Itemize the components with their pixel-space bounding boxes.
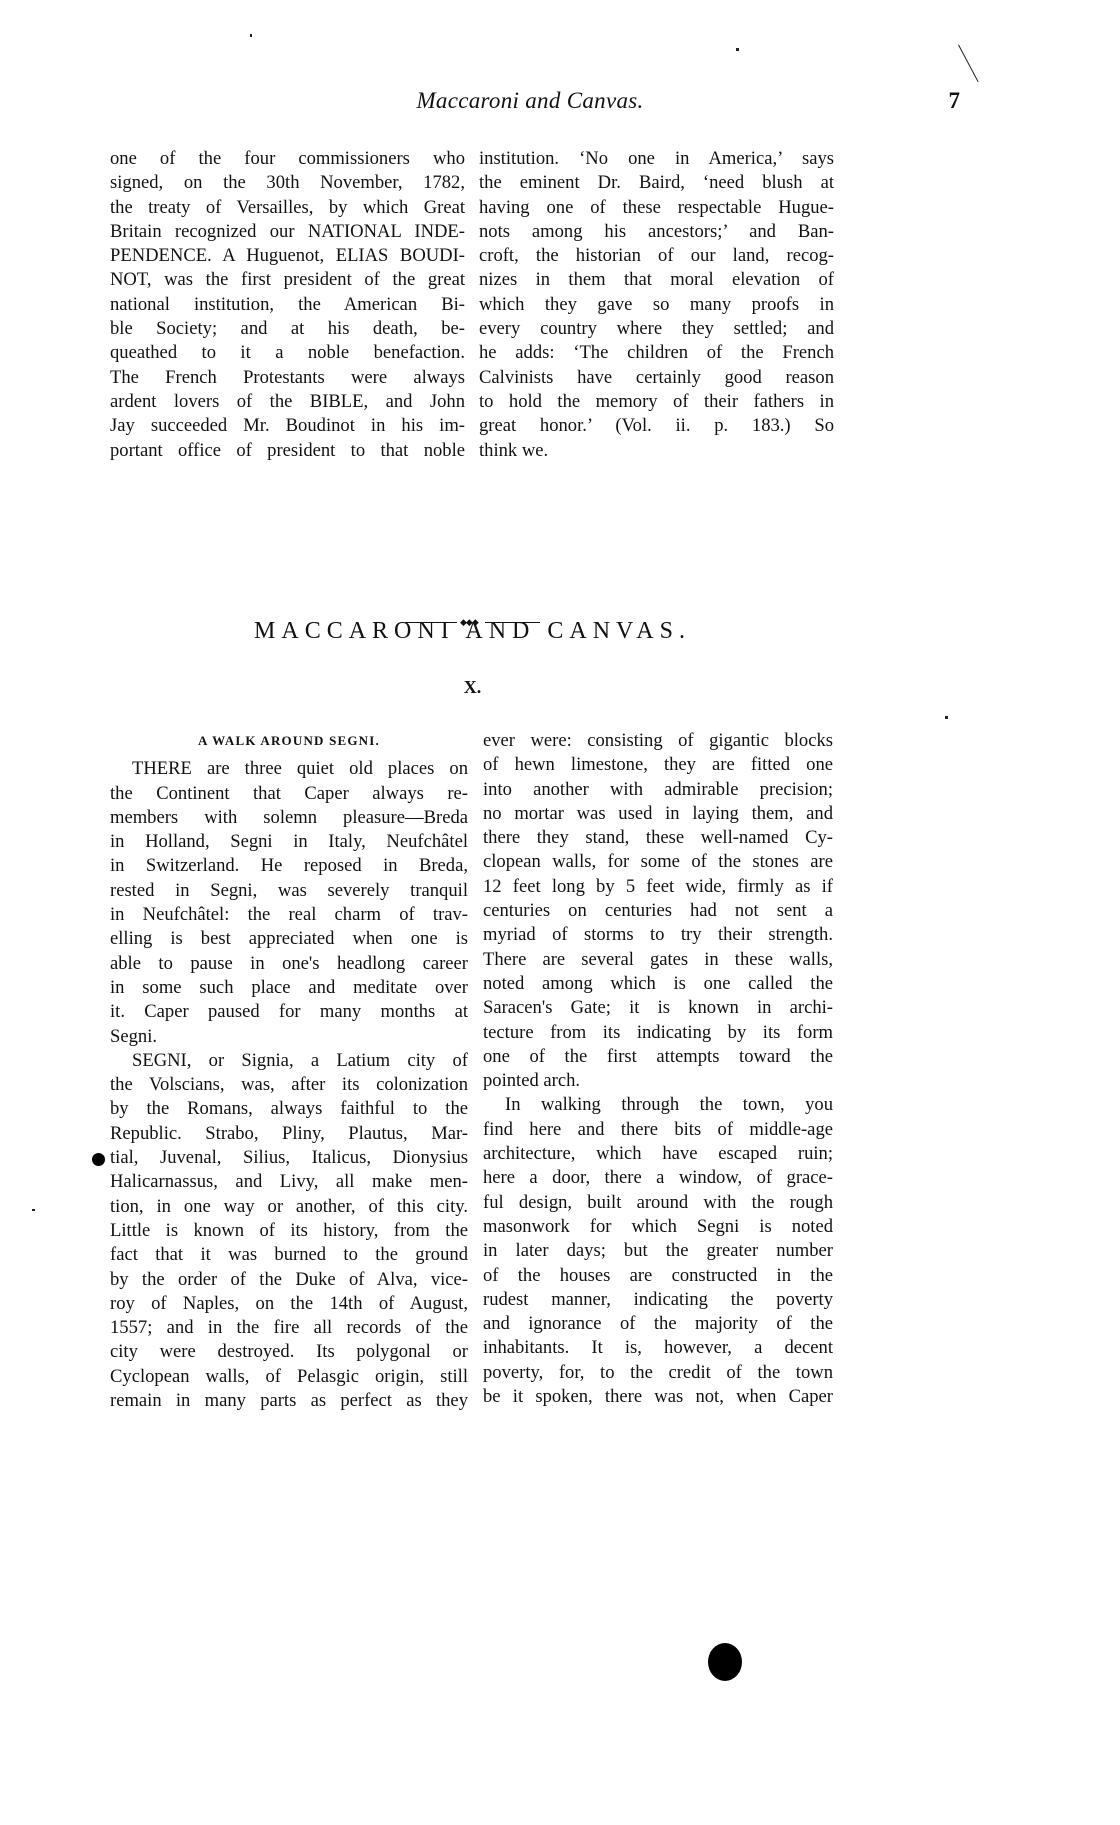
text-line: SEGNI, or Signia, a Latium city of <box>110 1049 468 1073</box>
text-line: 1557; and in the fire all records of the <box>110 1316 468 1340</box>
article-right-column: ever were: consisting of gigantic blocks… <box>483 729 833 1409</box>
text-line: the Continent that Caper always re- <box>110 782 468 806</box>
scan-scratch <box>958 45 979 83</box>
text-line: Segni. <box>110 1025 468 1049</box>
text-line: signed, on the 30th November, 1782, <box>110 171 465 195</box>
text-line: In walking through the town, you <box>483 1093 833 1117</box>
speck <box>945 716 948 719</box>
text-line: inhabitants. It is, however, a decent <box>483 1336 833 1360</box>
text-line: tion, in one way or another, of this cit… <box>110 1195 468 1219</box>
text-line: able to pause in one's headlong career <box>110 952 468 976</box>
speck <box>250 34 252 37</box>
ink-blot <box>708 1643 742 1681</box>
text-line: croft, the historian of our land, recog- <box>479 244 834 268</box>
text-line: into another with admirable precision; <box>483 778 833 802</box>
text-line: national institution, the American Bi- <box>110 293 465 317</box>
section-heading: A WALK AROUND SEGNI. <box>110 729 468 753</box>
text-line: here a door, there a window, of grace- <box>483 1166 833 1190</box>
text-line: it. Caper paused for many months at <box>110 1000 468 1024</box>
text-line: city were destroyed. Its polygonal or <box>110 1340 468 1364</box>
text-line: pointed arch. <box>483 1069 833 1093</box>
text-line: find here and there bits of middle-age <box>483 1118 833 1142</box>
text-line: one of the four commissioners who <box>110 147 465 171</box>
running-head: Maccaroni and Canvas. 7 <box>100 88 960 118</box>
article-title: MACCARONI AND CANVAS. <box>0 618 945 645</box>
text-line: ful design, built around with the rough <box>483 1191 833 1215</box>
text-line: be it spoken, there was not, when Caper <box>483 1385 833 1409</box>
text-line: rudest manner, indicating the poverty <box>483 1288 833 1312</box>
text-line: elling is best appreciated when one is <box>110 927 468 951</box>
text-line: he adds: ‘The children of the French <box>479 341 834 365</box>
text-line: in Holland, Segni in Italy, Neufchâtel <box>110 830 468 854</box>
text-line: in some such place and meditate over <box>110 976 468 1000</box>
text-line: think we. <box>479 439 834 463</box>
text-line: every country where they settled; and <box>479 317 834 341</box>
text-line: queathed to it a noble benefaction. <box>110 341 465 365</box>
text-line: ever were: consisting of gigantic blocks <box>483 729 833 753</box>
text-line: THERE are three quiet old places on <box>110 757 468 781</box>
text-line: tial, Juvenal, Silius, Italicus, Dionysi… <box>110 1146 468 1170</box>
speck <box>736 48 739 51</box>
text-line: nots among his ancestors;’ and Ban- <box>479 220 834 244</box>
text-line: in Neufchâtel: the real charm of trav- <box>110 903 468 927</box>
text-line: to hold the memory of their fathers in <box>479 390 834 414</box>
text-line: The French Protestants were always <box>110 366 465 390</box>
text-line: having one of these respectable Hugue- <box>479 196 834 220</box>
text-line: institution. ‘No one in America,’ says <box>479 147 834 171</box>
text-line: rested in Segni, was severely tranquil <box>110 879 468 903</box>
text-line: in later days; but the greater number <box>483 1239 833 1263</box>
text-line: remain in many parts as perfect as they <box>110 1389 468 1413</box>
text-line: of the houses are constructed in the <box>483 1264 833 1288</box>
article-left-column: A WALK AROUND SEGNI. THERE are three qui… <box>110 729 468 1413</box>
text-line: the Volscians, was, after its colonizati… <box>110 1073 468 1097</box>
ink-dot <box>92 1153 105 1166</box>
running-title: Maccaroni and Canvas. <box>100 88 960 114</box>
text-line: Little is known of its history, from the <box>110 1219 468 1243</box>
speck <box>32 1209 35 1211</box>
text-line: NOT, was the first president of the grea… <box>110 268 465 292</box>
text-line: and ignorance of the majority of the <box>483 1312 833 1336</box>
text-line: members with solemn pleasure—Breda <box>110 806 468 830</box>
text-line: PENDENCE. A Huguenot, ELIAS BOUDI- <box>110 244 465 268</box>
text-line: the treaty of Versailles, by which Great <box>110 196 465 220</box>
text-line: Saracen's Gate; it is known in archi- <box>483 996 833 1020</box>
text-line: fact that it was burned to the ground <box>110 1243 468 1267</box>
text-line: the eminent Dr. Baird, ‘need blush at <box>479 171 834 195</box>
text-line: ardent lovers of the BIBLE, and John <box>110 390 465 414</box>
text-line: noted among which is one called the <box>483 972 833 996</box>
page-number: 7 <box>949 88 961 114</box>
scanned-book-page: Maccaroni and Canvas. 7 one of the four … <box>0 0 1120 1825</box>
text-line: by the Romans, always faithful to the <box>110 1097 468 1121</box>
text-line: 12 feet long by 5 feet wide, firmly as i… <box>483 875 833 899</box>
text-line: one of the first attempts toward the <box>483 1045 833 1069</box>
previous-article-left-column: one of the four commissioners who signed… <box>110 147 465 463</box>
text-line: Britain recognized our NATIONAL INDE- <box>110 220 465 244</box>
text-line: Cyclopean walls, of Pelasgic origin, sti… <box>110 1365 468 1389</box>
text-line: Calvinists have certainly good reason <box>479 366 834 390</box>
text-line: Republic. Strabo, Pliny, Plautus, Mar- <box>110 1122 468 1146</box>
text-line: portant office of president to that nobl… <box>110 439 465 463</box>
text-line: which they gave so many proofs in <box>479 293 834 317</box>
text-line: of hewn limestone, they are fitted one <box>483 753 833 777</box>
text-line: centuries on centuries had not sent a <box>483 899 833 923</box>
text-line: There are several gates in these walls, <box>483 948 833 972</box>
text-line: tecture from its indicating by its form <box>483 1021 833 1045</box>
previous-article-right-column: institution. ‘No one in America,’ says t… <box>479 147 834 463</box>
text-line: ble Society; and at his death, be- <box>110 317 465 341</box>
text-line: by the order of the Duke of Alva, vice- <box>110 1268 468 1292</box>
text-line: poverty, for, to the credit of the town <box>483 1361 833 1385</box>
chapter-number: X. <box>0 677 945 698</box>
text-line: there they stand, these well-named Cy- <box>483 826 833 850</box>
text-line: architecture, which have escaped ruin; <box>483 1142 833 1166</box>
text-line: no mortar was used in laying them, and <box>483 802 833 826</box>
text-line: masonwork for which Segni is noted <box>483 1215 833 1239</box>
text-line: clopean walls, for some of the stones ar… <box>483 850 833 874</box>
text-line: in Switzerland. He reposed in Breda, <box>110 854 468 878</box>
text-line: great honor.’ (Vol. ii. p. 183.) So <box>479 414 834 438</box>
text-line: roy of Naples, on the 14th of August, <box>110 1292 468 1316</box>
text-line: Jay succeeded Mr. Boudinot in his im- <box>110 414 465 438</box>
text-line: nizes in them that moral elevation of <box>479 268 834 292</box>
text-line: myriad of storms to try their strength. <box>483 923 833 947</box>
text-line: Halicarnassus, and Livy, all make men- <box>110 1170 468 1194</box>
